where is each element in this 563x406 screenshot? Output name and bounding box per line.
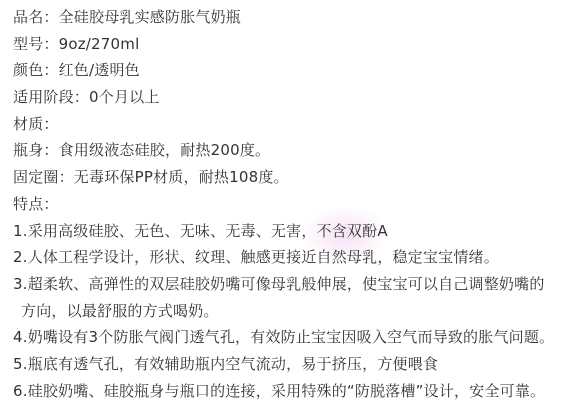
feature-5: 5.瓶底有透气孔，有效辅助瓶内空气流动，易于挤压，方便喂食 xyxy=(13,351,563,378)
product-name: 品名：全硅胶母乳实感防胀气奶瓶 xyxy=(13,4,563,31)
material-heading: 材质： xyxy=(13,111,563,138)
features-heading: 特点： xyxy=(13,191,563,218)
feature-4: 4.奶嘴设有3个防胀气阀门透气孔，有效防止宝宝因吸入空气而导致的胀气问题。 xyxy=(13,324,563,351)
feature-1: 1.采用高级硅胶、无色、无味、无毒、无害，不含双酚A xyxy=(13,218,563,245)
product-spec-document: 品名：全硅胶母乳实感防胀气奶瓶 型号：9oz/270ml 颜色：红色/透明色 适… xyxy=(13,4,563,404)
age-range: 适用阶段：0个月以上 xyxy=(13,84,563,111)
feature-3-continued: 方向，以最舒服的方式喝奶。 xyxy=(13,298,563,325)
ring-material: 固定圈：无毒环保PP材质，耐热108度。 xyxy=(13,164,563,191)
model-number: 型号：9oz/270ml xyxy=(13,31,563,58)
feature-3: 3.超柔软、高弹性的双层硅胶奶嘴可像母乳般伸展，使宝宝可以自己调整奶嘴的 xyxy=(13,271,563,298)
feature-6: 6.硅胶奶嘴、硅胶瓶身与瓶口的连接，采用特殊的“防脱落槽”设计，安全可靠。 xyxy=(13,378,563,405)
feature-2: 2.人体工程学设计，形状、纹理、触感更接近自然母乳，稳定宝宝情绪。 xyxy=(13,244,563,271)
color: 颜色：红色/透明色 xyxy=(13,57,563,84)
bottle-body-material: 瓶身：食用级液态硅胶，耐热200度。 xyxy=(13,137,563,164)
